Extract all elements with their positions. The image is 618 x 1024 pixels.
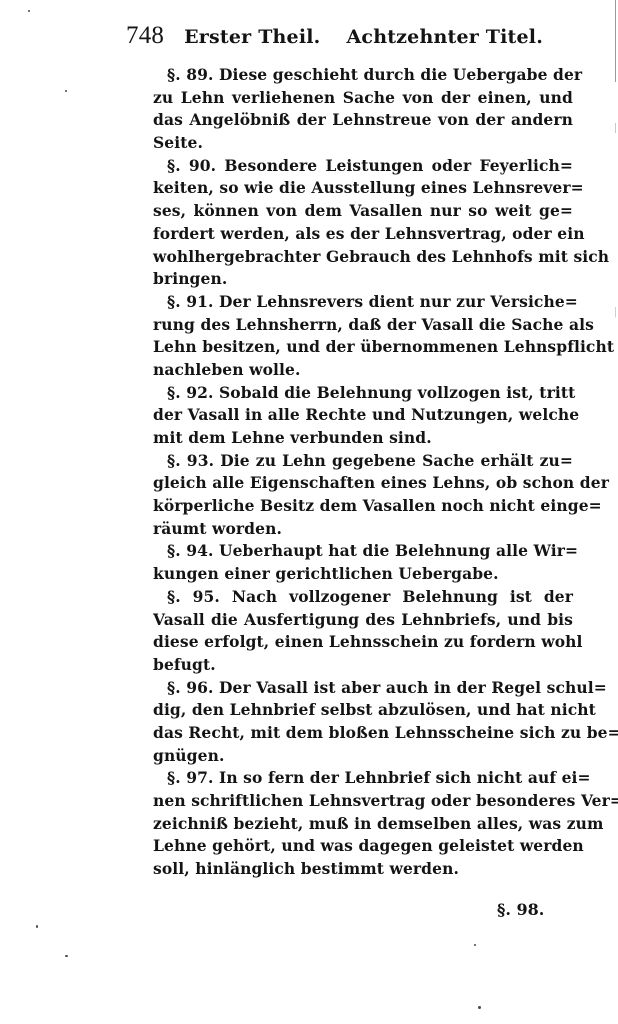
paragraph-line: keiten, so wie die Ausstellung eines Leh… <box>153 177 573 200</box>
paragraph-number: §. 97. <box>167 768 213 787</box>
paragraph-line: §. 93. Die zu Lehn gegebene Sache erhält… <box>153 450 573 473</box>
paragraph-line: nachleben wolle. <box>153 359 573 382</box>
paragraph-line: bringen. <box>153 268 573 291</box>
running-header: 748 Erster Theil. Achtzehnter Titel. <box>126 22 546 52</box>
paragraph-number: §. 91. <box>167 292 213 311</box>
paragraph-line: kungen einer gerichtlichen Uebergabe. <box>153 563 573 586</box>
scan-speck <box>65 955 68 957</box>
paragraph-line: gnügen. <box>153 745 573 768</box>
section-title: Achtzehnter Titel. <box>346 26 543 48</box>
paragraph-line: zu Lehn verliehenen Sache von der einen,… <box>153 87 573 110</box>
paragraph-line: rung des Lehnsherrn, daß der Vasall die … <box>153 314 573 337</box>
paragraph-line: ses, können von dem Vasallen nur so weit… <box>153 200 573 223</box>
paragraph-number: §. 95. <box>167 587 220 606</box>
scanned-page: 748 Erster Theil. Achtzehnter Titel. §. … <box>0 0 618 1024</box>
paragraph-line: §. 96. Der Vasall ist aber auch in der R… <box>153 677 573 700</box>
paragraph-line: §. 95. Nach vollzogener Belehnung ist de… <box>153 586 573 609</box>
paragraph-line: Lehn besitzen, und der übernommenen Lehn… <box>153 336 573 359</box>
paragraph-line: §. 94. Ueberhaupt hat die Belehnung alle… <box>153 540 573 563</box>
paragraph-line: zeichniß bezieht, muß in demselben alles… <box>153 813 573 836</box>
paragraph-line: diese erfolgt, einen Lehnsschein zu ford… <box>153 631 573 654</box>
paragraph-line: nen schriftlichen Lehnsvertrag oder beso… <box>153 790 573 813</box>
scan-speck <box>474 944 476 946</box>
paragraph-number: §. 92. <box>167 383 213 402</box>
paragraph-line: das Angelöbniß der Lehnstreue von der an… <box>153 109 573 132</box>
paragraph-line: wohlhergebrachter Gebrauch des Lehnhofs … <box>153 246 573 269</box>
paragraph-line: §. 92. Sobald die Belehnung vollzogen is… <box>153 382 573 405</box>
paragraph-line: §. 97. In so fern der Lehnbrief sich nic… <box>153 767 573 790</box>
paragraph-line: §. 89. Diese geschieht durch die Ueberga… <box>153 64 573 87</box>
paragraph-line: körperliche Besitz dem Vasallen noch nic… <box>153 495 573 518</box>
paragraph-line: mit dem Lehne verbunden sind. <box>153 427 573 450</box>
catchword: §. 98. <box>497 900 544 919</box>
scan-speck <box>28 10 30 12</box>
paragraph-line: das Recht, mit dem bloßen Lehnsscheine s… <box>153 722 573 745</box>
page-edge-shadow <box>615 0 616 1024</box>
paragraph-line: Vasall die Ausfertigung des Lehnbriefs, … <box>153 609 573 632</box>
page-number: 748 <box>126 22 164 50</box>
body-text: §. 89. Diese geschieht durch die Ueberga… <box>153 64 573 881</box>
paragraph-number: §. 90. <box>167 156 216 175</box>
paragraph-number: §. 96. <box>167 678 213 697</box>
scan-speck <box>65 90 67 92</box>
paragraph-number: §. 89. <box>167 65 213 84</box>
paragraph-number: §. 94. <box>167 541 213 560</box>
paragraph-line: §. 90. Besondere Leistungen oder Feyerli… <box>153 155 573 178</box>
paragraph-line: der Vasall in alle Rechte und Nutzungen,… <box>153 404 573 427</box>
scan-speck <box>478 1006 481 1009</box>
paragraph-line: Lehne gehört, und was dagegen geleistet … <box>153 835 573 858</box>
paragraph-line: gleich alle Eigenschaften eines Lehns, o… <box>153 472 573 495</box>
paragraph-line: räumt worden. <box>153 518 573 541</box>
paragraph-line: dig, den Lehnbrief selbst abzulösen, und… <box>153 699 573 722</box>
paragraph-line: Seite. <box>153 132 573 155</box>
paragraph-number: §. 93. <box>167 451 214 470</box>
paragraph-line: befugt. <box>153 654 573 677</box>
paragraph-line: §. 91. Der Lehnsrevers dient nur zur Ver… <box>153 291 573 314</box>
part-title: Erster Theil. <box>184 26 320 48</box>
scan-speck <box>36 925 38 928</box>
paragraph-line: soll, hinlänglich bestimmt werden. <box>153 858 573 881</box>
paragraph-line: fordert werden, als es der Lehnsvertrag,… <box>153 223 573 246</box>
